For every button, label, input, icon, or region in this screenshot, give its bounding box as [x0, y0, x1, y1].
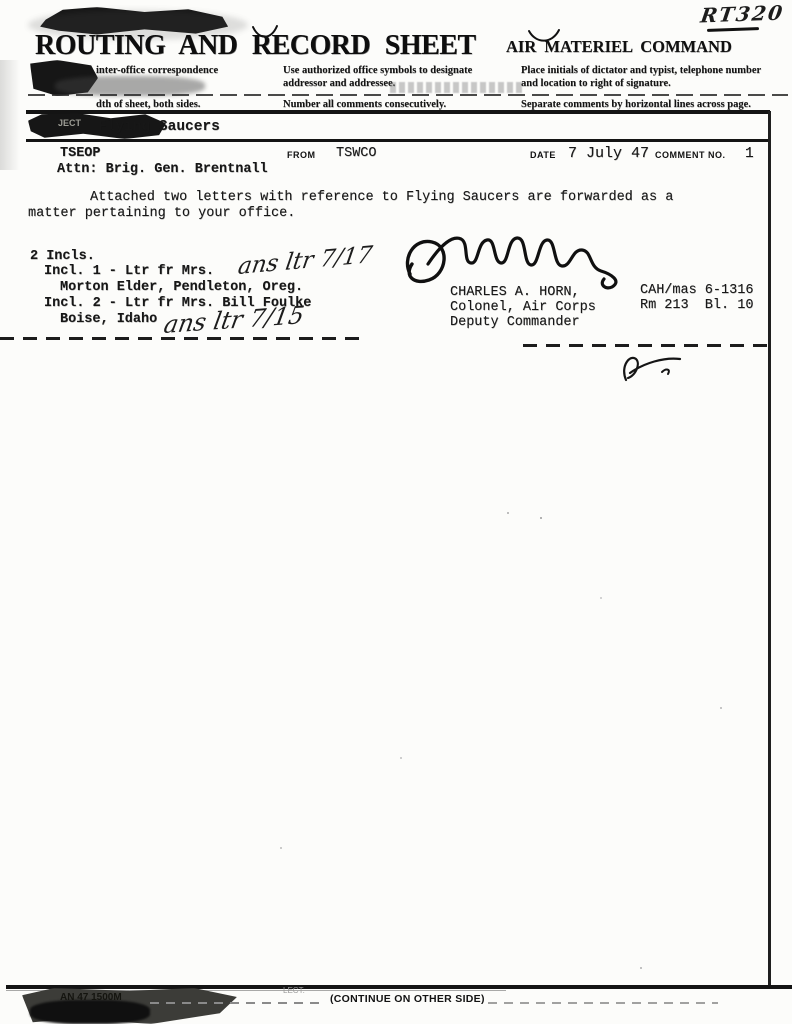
footer-form-smudge-core	[30, 1000, 150, 1024]
date-label: DATE	[530, 150, 556, 160]
edge-streak	[0, 60, 20, 170]
enclosure-count: 2 Incls.	[30, 249, 95, 264]
signature-title: Deputy Commander	[450, 315, 580, 330]
handwritten-ref-underline	[707, 27, 759, 31]
signature-name: CHARLES A. HORN,	[450, 285, 580, 300]
from-value: TSWCO	[336, 146, 377, 161]
pen-mark-over-air	[527, 28, 561, 46]
handwritten-ans-note-1: ans ltr 7/17	[236, 242, 374, 280]
form-number-fragment: AN 47 1500M	[60, 992, 122, 1003]
to-value: TSEOP	[60, 146, 101, 161]
subject-label-fragment: JECT	[58, 118, 81, 128]
dashed-rule-left	[0, 337, 360, 340]
faint-stamp-overprint	[390, 82, 525, 93]
body-line-1: Attached two letters with reference to F…	[90, 190, 673, 205]
footer-faint-fragment: LECT.	[283, 986, 305, 995]
date-value: 7 July 47	[568, 145, 649, 162]
handwritten-ref: RT320	[699, 1, 786, 28]
pen-mark-over-record	[251, 24, 279, 42]
dictator-initials-ref: CAH/mas 6-1316	[640, 283, 753, 298]
scanned-routing-sheet: RT320 ROUTING AND RECORD SHEET AIR MATER…	[0, 0, 792, 1024]
comment-no-label: COMMENT NO.	[655, 150, 726, 160]
rule-bottom	[6, 985, 792, 989]
border-right	[768, 111, 771, 988]
instruction-col3-row1: Place initials of dictator and typist, t…	[521, 64, 776, 90]
rule-heavy-1	[26, 110, 770, 114]
signature-rank: Colonel, Air Corps	[450, 300, 596, 315]
dashed-rule-right	[523, 344, 769, 347]
body-line-2: matter pertaining to your office.	[28, 206, 295, 221]
ink-smudge-instructions-2	[55, 76, 205, 96]
enclosure-line-4: Boise, Idaho	[60, 312, 157, 327]
room-location: Rm 213 Bl. 10	[640, 298, 753, 313]
rule-heavy-2	[26, 139, 770, 142]
subject-value: Flying Saucers	[98, 119, 220, 135]
continue-note: (CONTINUE ON OTHER SIDE)	[330, 993, 485, 1005]
footer-dash-left	[150, 1002, 326, 1004]
footer-dash-right	[488, 1002, 718, 1004]
attn-line: Attn: Brig. Gen. Brentnall	[57, 162, 268, 177]
enclosure-line-2: Morton Elder, Pendleton, Oreg.	[60, 280, 303, 295]
handwritten-initials-mark	[616, 350, 698, 386]
comment-no-value: 1	[745, 146, 754, 162]
rule-thin-broken	[28, 94, 788, 96]
from-label: FROM	[287, 150, 316, 160]
paper-specks	[540, 517, 542, 519]
enclosure-line-1: Incl. 1 - Ltr fr Mrs.	[44, 264, 214, 279]
